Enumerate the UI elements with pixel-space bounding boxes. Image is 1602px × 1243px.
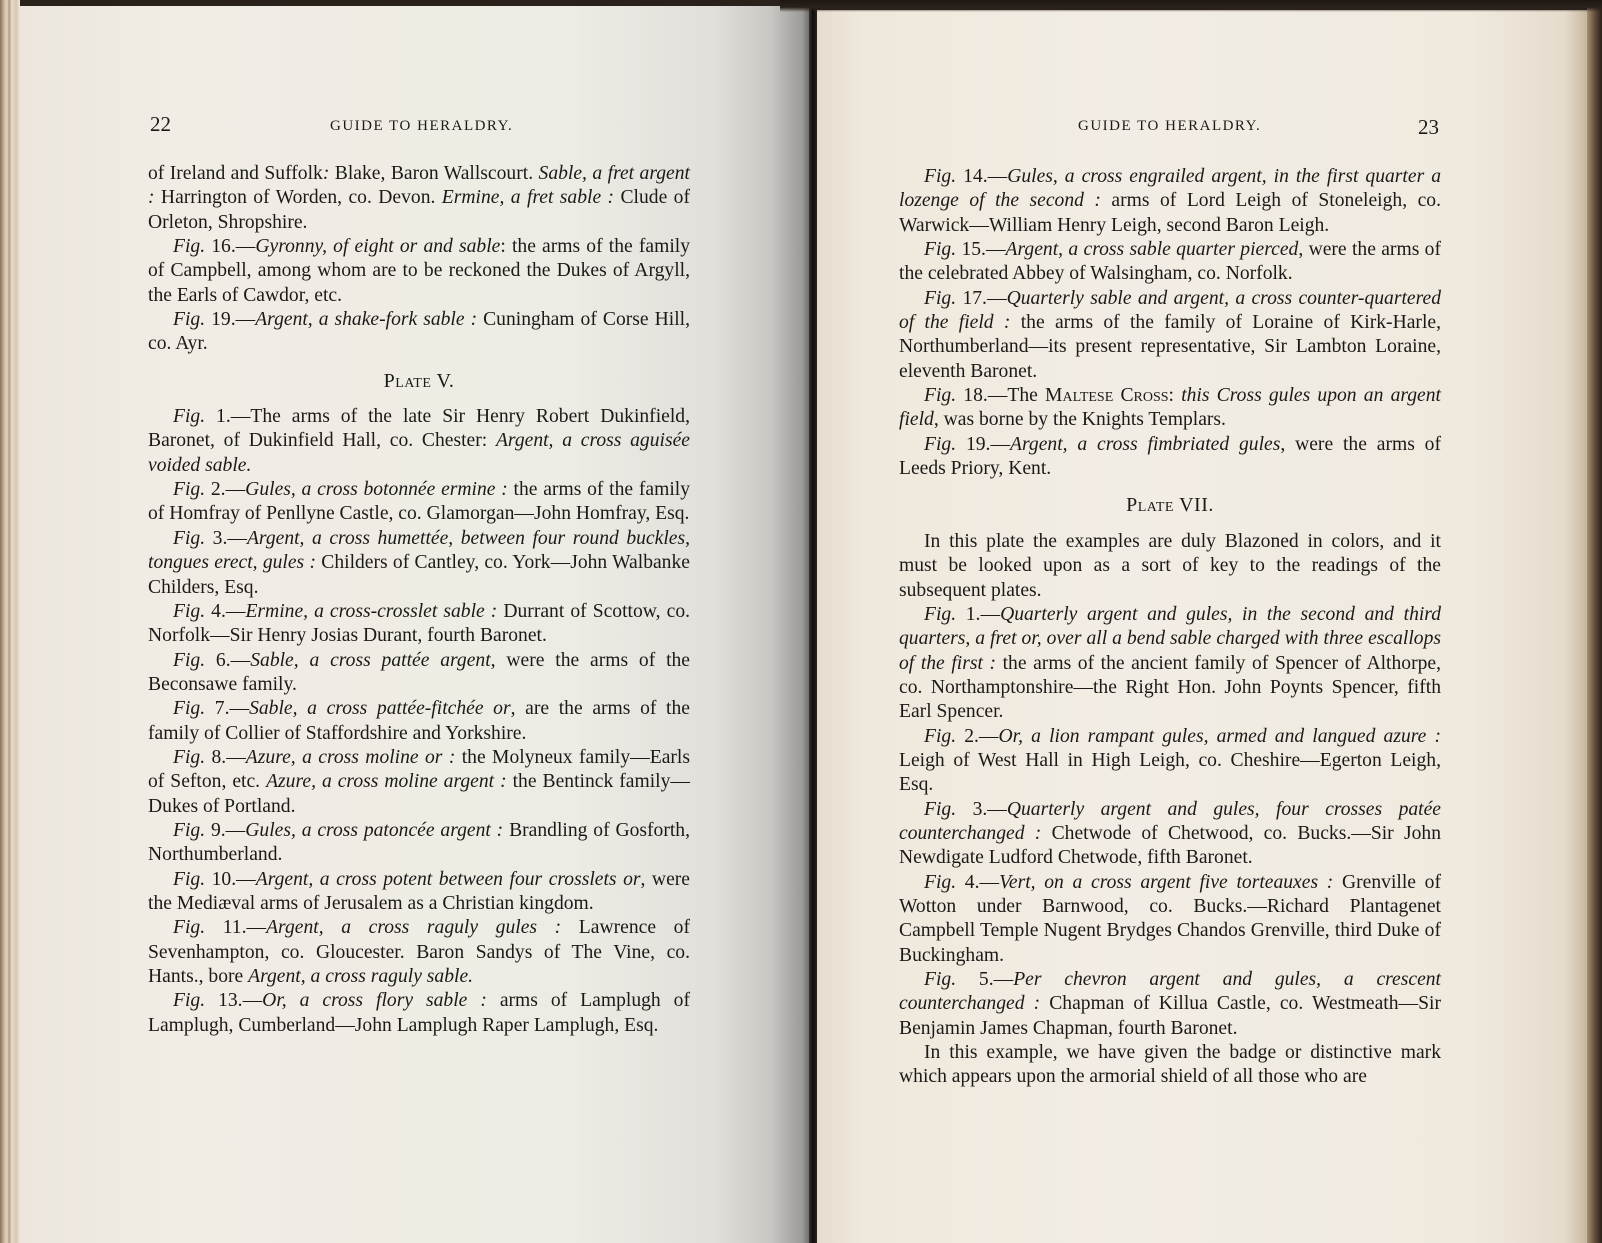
paragraph: Fig. 4.—Vert, on a cross argent five tor… bbox=[899, 871, 1441, 968]
right-page-edges bbox=[1587, 0, 1602, 1243]
paragraph: Fig. 19.—Argent, a shake-fork sable : Cu… bbox=[148, 308, 690, 357]
paragraph: Fig. 1.—The arms of the late Sir Henry R… bbox=[148, 405, 690, 478]
paragraph: of Ireland and Suffolk: Blake, Baron Wal… bbox=[148, 162, 690, 235]
right-page-number: 23 bbox=[1418, 115, 1439, 140]
left-page-text: of Ireland and Suffolk: Blake, Baron Wal… bbox=[148, 162, 690, 1038]
top-shadow bbox=[780, 0, 1602, 12]
paragraph: Fig. 18.—The Maltese Cross: this Cross g… bbox=[899, 384, 1441, 433]
paragraph: Fig. 17.—Quarterly sable and argent, a c… bbox=[899, 287, 1441, 384]
paragraph: Fig. 15.—Argent, a cross sable quarter p… bbox=[899, 238, 1441, 287]
paragraph: Fig. 7.—Sable, a cross pattée-fitchée or… bbox=[148, 697, 690, 746]
paragraph: Fig. 16.—Gyronny, of eight or and sable:… bbox=[148, 235, 690, 308]
paragraph: Fig. 3.—Argent, a cross humettée, betwee… bbox=[148, 527, 690, 600]
paragraph: Fig. 3.—Quarterly argent and gules, four… bbox=[899, 798, 1441, 871]
book-spread: 22 GUIDE TO HERALDRY. GUIDE TO HERALDRY.… bbox=[0, 0, 1602, 1243]
paragraph: Fig. 14.—Gules, a cross engrailed argent… bbox=[899, 165, 1441, 238]
paragraph: Fig. 9.—Gules, a cross patoncée argent :… bbox=[148, 819, 690, 868]
right-running-head: GUIDE TO HERALDRY. bbox=[1078, 118, 1261, 140]
paragraph: Fig. 2.—Gules, a cross botonnée ermine :… bbox=[148, 478, 690, 527]
plate-heading: Plate VII. bbox=[899, 493, 1441, 517]
paragraph: Fig. 6.—Sable, a cross pattée argent, we… bbox=[148, 649, 690, 698]
left-running-head: GUIDE TO HERALDRY. bbox=[330, 118, 513, 140]
paragraph: Fig. 4.—Ermine, a cross-crosslet sable :… bbox=[148, 600, 690, 649]
book-gutter bbox=[809, 0, 817, 1243]
right-page-text: Fig. 14.—Gules, a cross engrailed argent… bbox=[899, 165, 1441, 1090]
paragraph: Fig. 19.—Argent, a cross fimbriated gule… bbox=[899, 433, 1441, 482]
left-page-edges bbox=[0, 0, 20, 1243]
paragraph: In this example, we have given the badge… bbox=[899, 1041, 1441, 1090]
plate-heading: Plate V. bbox=[148, 369, 690, 393]
paragraph: Fig. 1.—Quarterly argent and gules, in t… bbox=[899, 603, 1441, 725]
left-page-number: 22 bbox=[150, 112, 171, 137]
paragraph: Fig. 11.—Argent, a cross raguly gules : … bbox=[148, 916, 690, 989]
paragraph: Fig. 2.—Or, a lion rampant gules, armed … bbox=[899, 725, 1441, 798]
paragraph: Fig. 13.—Or, a cross flory sable : arms … bbox=[148, 989, 690, 1038]
paragraph: Fig. 10.—Argent, a cross potent between … bbox=[148, 868, 690, 917]
paragraph: Fig. 5.—Per chevron argent and gules, a … bbox=[899, 968, 1441, 1041]
paragraph: Fig. 8.—Azure, a cross moline or : the M… bbox=[148, 746, 690, 819]
paragraph: In this plate the examples are duly Blaz… bbox=[899, 530, 1441, 603]
